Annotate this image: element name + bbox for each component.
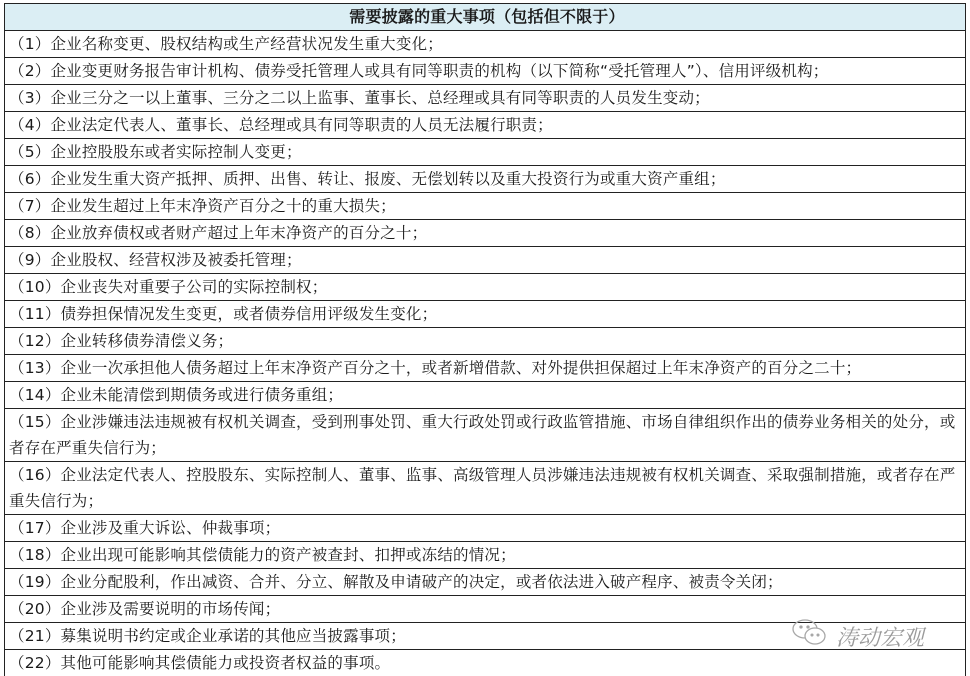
disclosure-item: （2）企业变更财务报告审计机构、债券受托管理人或具有同等职责的机构（以下简称“受… — [5, 58, 966, 85]
table-row: （4）企业法定代表人、董事长、总经理或具有同等职责的人员无法履行职责； — [5, 112, 966, 139]
table-row: （21）募集说明书约定或企业承诺的其他应当披露事项； — [5, 623, 966, 650]
disclosure-table: 需要披露的重大事项（包括但不限于） （1）企业名称变更、股权结构或生产经营状况发… — [4, 3, 966, 676]
table-row: （16）企业法定代表人、控股股东、实际控制人、董事、监事、高级管理人员涉嫌违法违… — [5, 462, 966, 515]
table-row: （22）其他可能影响其偿债能力或投资者权益的事项。 — [5, 650, 966, 676]
disclosure-item: （17）企业涉及重大诉讼、仲裁事项； — [5, 515, 966, 542]
table-row: （17）企业涉及重大诉讼、仲裁事项； — [5, 515, 966, 542]
disclosure-item: （21）募集说明书约定或企业承诺的其他应当披露事项； — [5, 623, 966, 650]
disclosure-item: （12）企业转移债券清偿义务； — [5, 328, 966, 355]
table-row: （10）企业丧失对重要子公司的实际控制权； — [5, 274, 966, 301]
disclosure-item: （6）企业发生重大资产抵押、质押、出售、转让、报废、无偿划转以及重大投资行为或重… — [5, 166, 966, 193]
disclosure-item: （22）其他可能影响其偿债能力或投资者权益的事项。 — [5, 650, 966, 676]
table-row: （12）企业转移债券清偿义务； — [5, 328, 966, 355]
table-row: （9）企业股权、经营权涉及被委托管理； — [5, 247, 966, 274]
table-row: （1）企业名称变更、股权结构或生产经营状况发生重大变化； — [5, 31, 966, 58]
table-row: （14）企业未能清偿到期债务或进行债务重组； — [5, 382, 966, 409]
table-row: （3）企业三分之一以上董事、三分之二以上监事、董事长、总经理或具有同等职责的人员… — [5, 85, 966, 112]
table-title: 需要披露的重大事项（包括但不限于） — [5, 4, 966, 31]
disclosure-item: （8）企业放弃债权或者财产超过上年末净资产的百分之十； — [5, 220, 966, 247]
disclosure-item: （10）企业丧失对重要子公司的实际控制权； — [5, 274, 966, 301]
table-row: （19）企业分配股利，作出减资、合并、分立、解散及申请破产的决定，或者依法进入破… — [5, 569, 966, 596]
table-row: （6）企业发生重大资产抵押、质押、出售、转让、报废、无偿划转以及重大投资行为或重… — [5, 166, 966, 193]
disclosure-item: （1）企业名称变更、股权结构或生产经营状况发生重大变化； — [5, 31, 966, 58]
disclosure-item: （9）企业股权、经营权涉及被委托管理； — [5, 247, 966, 274]
table-row: （7）企业发生超过上年末净资产百分之十的重大损失； — [5, 193, 966, 220]
disclosure-item: （7）企业发生超过上年末净资产百分之十的重大损失； — [5, 193, 966, 220]
disclosure-item: （13）企业一次承担他人债务超过上年末净资产百分之十，或者新增借款、对外提供担保… — [5, 355, 966, 382]
table-header-row: 需要披露的重大事项（包括但不限于） — [5, 4, 966, 31]
table-row: （20）企业涉及需要说明的市场传闻； — [5, 596, 966, 623]
disclosure-item: （20）企业涉及需要说明的市场传闻； — [5, 596, 966, 623]
disclosure-item: （19）企业分配股利，作出减资、合并、分立、解散及申请破产的决定，或者依法进入破… — [5, 569, 966, 596]
table-row: （8）企业放弃债权或者财产超过上年末净资产的百分之十； — [5, 220, 966, 247]
table-row: （11）债券担保情况发生变更，或者债券信用评级发生变化； — [5, 301, 966, 328]
table-row: （15）企业涉嫌违法违规被有权机关调查，受到刑事处罚、重大行政处罚或行政监管措施… — [5, 409, 966, 462]
disclosure-item: （14）企业未能清偿到期债务或进行债务重组； — [5, 382, 966, 409]
disclosure-item: （3）企业三分之一以上董事、三分之二以上监事、董事长、总经理或具有同等职责的人员… — [5, 85, 966, 112]
disclosure-item: （4）企业法定代表人、董事长、总经理或具有同等职责的人员无法履行职责； — [5, 112, 966, 139]
disclosure-item: （18）企业出现可能影响其偿债能力的资产被查封、扣押或冻结的情况； — [5, 542, 966, 569]
table-row: （13）企业一次承担他人债务超过上年末净资产百分之十，或者新增借款、对外提供担保… — [5, 355, 966, 382]
disclosure-item: （5）企业控股股东或者实际控制人变更； — [5, 139, 966, 166]
disclosure-item: （11）债券担保情况发生变更，或者债券信用评级发生变化； — [5, 301, 966, 328]
disclosure-item: （16）企业法定代表人、控股股东、实际控制人、董事、监事、高级管理人员涉嫌违法违… — [5, 462, 966, 515]
table-row: （18）企业出现可能影响其偿债能力的资产被查封、扣押或冻结的情况； — [5, 542, 966, 569]
table-body: （1）企业名称变更、股权结构或生产经营状况发生重大变化；（2）企业变更财务报告审… — [5, 31, 966, 676]
disclosure-item: （15）企业涉嫌违法违规被有权机关调查，受到刑事处罚、重大行政处罚或行政监管措施… — [5, 409, 966, 462]
table-row: （5）企业控股股东或者实际控制人变更； — [5, 139, 966, 166]
table-row: （2）企业变更财务报告审计机构、债券受托管理人或具有同等职责的机构（以下简称“受… — [5, 58, 966, 85]
